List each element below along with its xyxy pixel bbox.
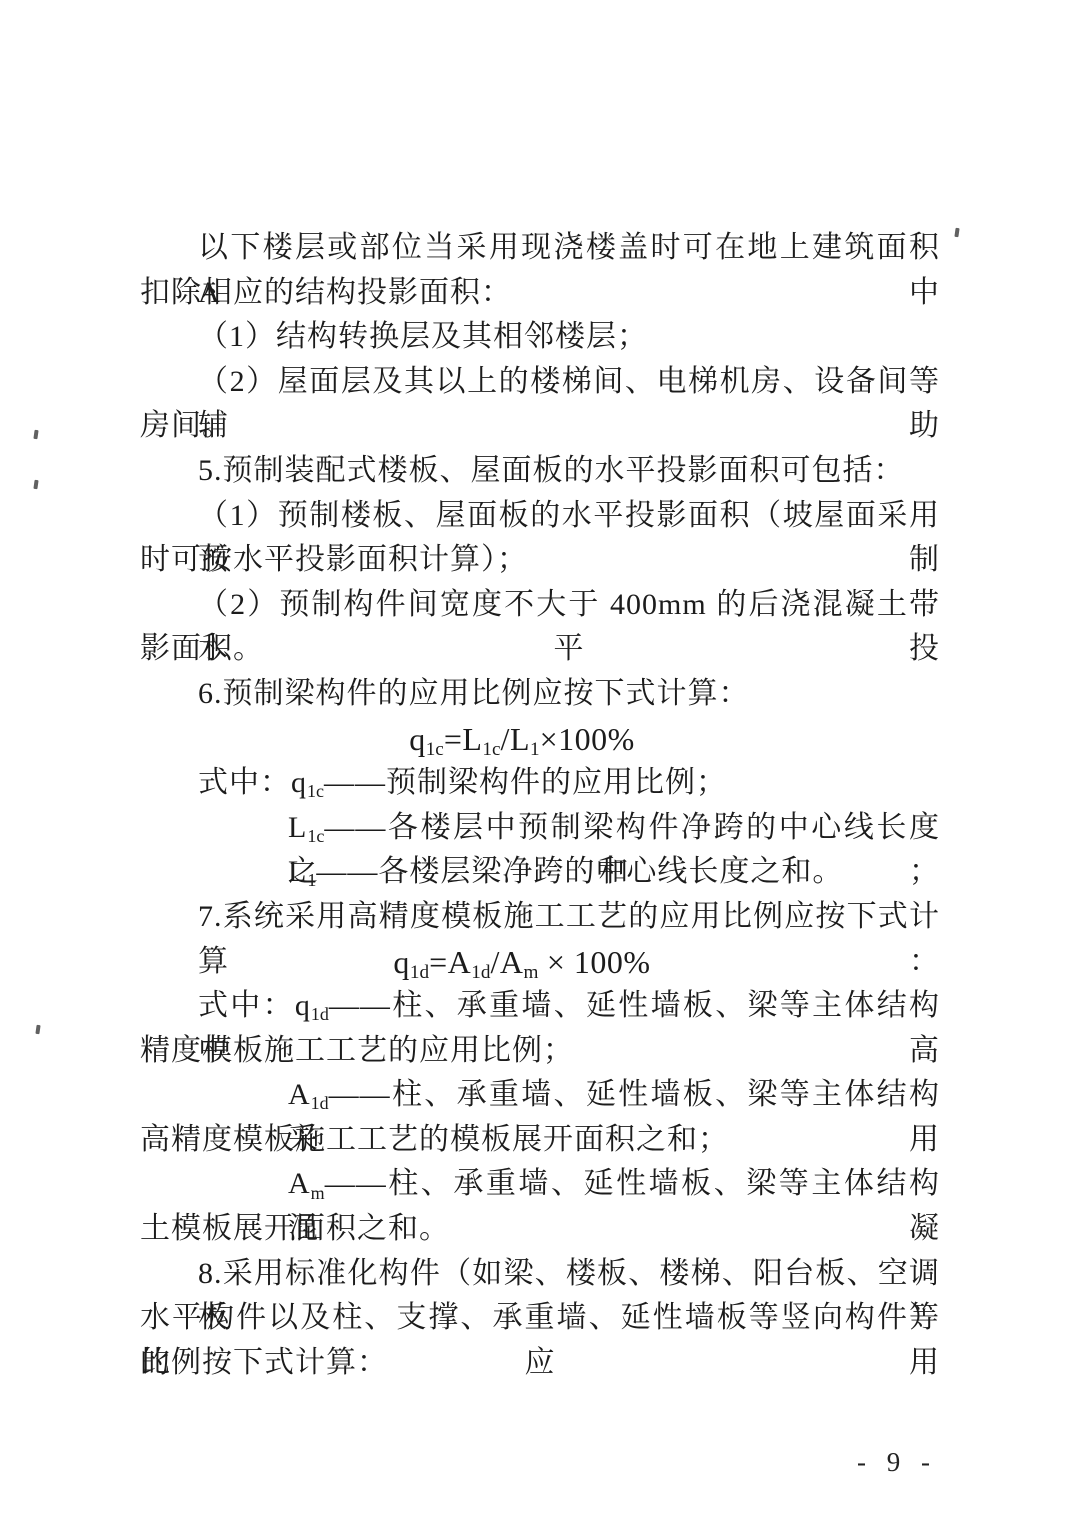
scanned-document-page: 以下楼层或部位当采用现浇楼盖时可在地上建筑面积 A 中扣除相应的结构投影面积：（… (0, 0, 1080, 1528)
text-line: （1）结构转换层及其相邻楼层； (140, 315, 940, 360)
text-segment: （1）结构转换层及其相邻楼层； (198, 320, 648, 353)
text-segment: q (393, 944, 410, 980)
text-line: Am——柱、承重墙、延性墙板、梁等主体结构混凝 (140, 1162, 940, 1207)
text-line: 式中：q1c——预制梁构件的应用比例； (140, 761, 940, 806)
text-segment: 6.预制梁构件的应用比例应按下式计算： (198, 677, 750, 710)
text-line: （2）屋面层及其以上的楼梯间、电梯机房、设备间等辅助 (140, 360, 940, 405)
scan-speck (33, 480, 38, 489)
text-line: 5.预制装配式楼板、屋面板的水平投影面积可包括： (140, 449, 940, 494)
subscript: 1c (307, 826, 324, 846)
text-line: （1）预制楼板、屋面板的水平投影面积（坡屋面采用预制 (140, 494, 940, 539)
text-line: A1d——柱、承重墙、延性墙板、梁等主体结构采用 (140, 1073, 940, 1118)
text-segment: （2）预制构件间宽度不大于 400mm 的后浇混凝土带水平投 (198, 588, 940, 666)
text-segment: ——各楼层梁净跨的中心线长度之和。 (316, 855, 843, 888)
text-segment: 式中：q (198, 989, 311, 1022)
text-segment: 扣除相应的结构投影面积： (140, 276, 512, 309)
text-line: （2）预制构件间宽度不大于 400mm 的后浇混凝土带水平投 (140, 583, 940, 628)
subscript: 1c (307, 781, 324, 801)
scan-speck (35, 1025, 40, 1034)
subscript: 1d (410, 962, 429, 983)
text-segment: 影面积。 (140, 632, 264, 665)
subscript: 1d (471, 962, 490, 983)
subscript: 1 (530, 739, 540, 760)
text-segment: /L (501, 721, 530, 757)
text-line: 以下楼层或部位当采用现浇楼盖时可在地上建筑面积 A 中 (140, 226, 940, 271)
text-segment: ——预制梁构件的应用比例； (324, 766, 727, 799)
text-segment: 时可按水平投影面积计算）； (140, 543, 528, 576)
text-line: 式中：q1d——柱、承重墙、延性墙板、梁等主体结构中高 (140, 984, 940, 1029)
document-body: 以下楼层或部位当采用现浇楼盖时可在地上建筑面积 A 中扣除相应的结构投影面积：（… (140, 226, 940, 1385)
subscript: 1c (426, 739, 444, 760)
text-segment: /A (490, 944, 523, 980)
subscript: m (311, 1183, 325, 1203)
scan-speck (954, 228, 959, 237)
subscript: 1d (311, 1004, 329, 1024)
text-segment: A (288, 1167, 311, 1200)
text-segment: L (288, 855, 307, 888)
text-segment: A (288, 1078, 311, 1111)
subscript: m (523, 962, 538, 983)
text-segment: =A (429, 944, 471, 980)
text-line: L1——各楼层梁净跨的中心线长度之和。 (140, 850, 940, 895)
text-segment: × 100% (538, 944, 650, 980)
text-segment: （2）屋面层及其以上的楼梯间、电梯机房、设备间等辅助 (198, 365, 940, 443)
subscript: 1c (482, 739, 500, 760)
text-line: 8.采用标准化构件（如梁、楼板、楼梯、阳台板、空调板等 (140, 1252, 940, 1297)
text-segment: 土模板展开面积之和。 (140, 1212, 450, 1245)
text-segment: 高精度模板施工工艺的模板展开面积之和； (140, 1123, 729, 1156)
subscript: 1 (307, 870, 316, 890)
text-line: 6.预制梁构件的应用比例应按下式计算： (140, 672, 940, 717)
text-segment: 式中：q (198, 766, 307, 799)
text-segment: 房间。 (140, 409, 233, 442)
subscript: 1d (311, 1093, 329, 1113)
formula-q1c: q1c=L1c/L1×100% (140, 717, 940, 762)
text-segment: 比例按下式计算： (140, 1346, 388, 1379)
text-segment: ×100% (540, 721, 635, 757)
text-segment: 精度模板施工工艺的应用比例； (140, 1034, 574, 1067)
text-segment: 5.预制装配式楼板、屋面板的水平投影面积可包括： (198, 454, 905, 487)
text-line: 水平构件以及柱、支撑、承重墙、延性墙板等竖向构件）的应用 (140, 1296, 940, 1341)
text-segment: =L (444, 721, 483, 757)
text-segment: L (288, 811, 307, 844)
text-line: 7.系统采用高精度模板施工工艺的应用比例应按下式计算： (140, 895, 940, 940)
text-line: L1c——各楼层中预制梁构件净跨的中心线长度之和； (140, 806, 940, 851)
text-segment: q (409, 721, 426, 757)
page-number: - 9 - (857, 1447, 937, 1478)
scan-speck (33, 430, 38, 439)
